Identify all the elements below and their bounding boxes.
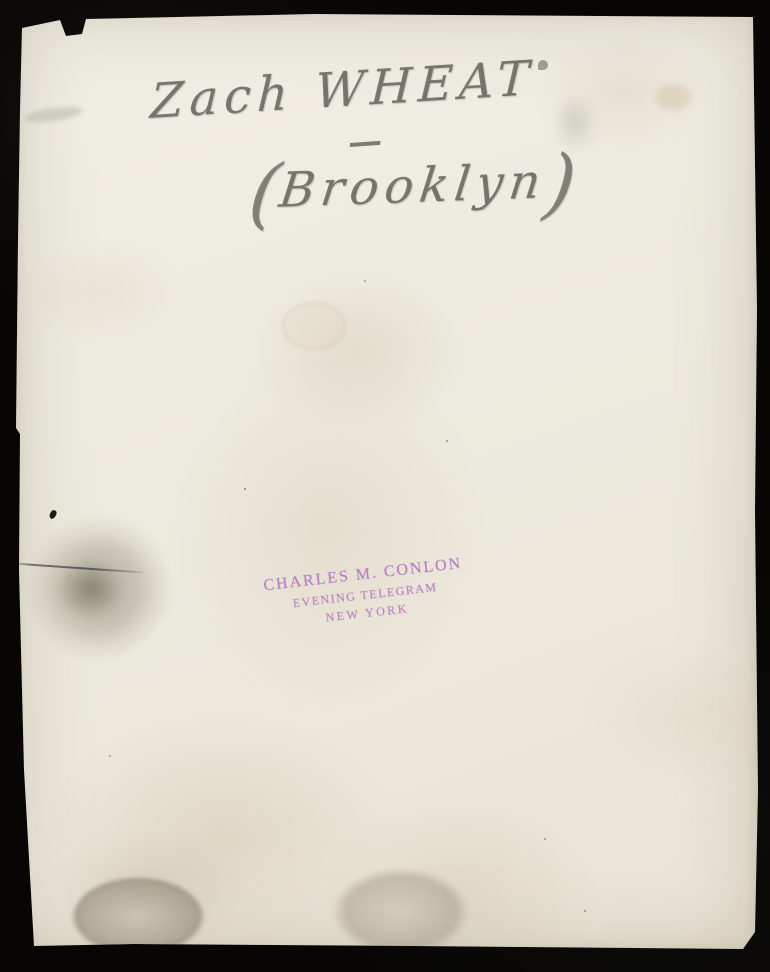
smudge-top-left [24, 104, 83, 125]
stain-left-core [48, 552, 130, 626]
handwritten-player-name: Zach WHEAT [149, 50, 536, 130]
ring-stain [282, 302, 346, 350]
stain-bottom-center [332, 868, 470, 956]
scan-backdrop: Zach WHEAT — (Brooklyn) CHARLES M. CONLO… [0, 0, 770, 972]
photo-paper-verso: Zach WHEAT — (Brooklyn) CHARLES M. CONLO… [14, 10, 758, 952]
stain-left-large [24, 515, 174, 663]
wash-bottom-left [30, 820, 260, 956]
speck-grey [538, 60, 548, 70]
photographer-stamp: CHARLES M. CONLON EVENING TELEGRAM NEW Y… [243, 553, 488, 635]
handwritten-team: (Brooklyn) [247, 152, 580, 220]
handwritten-team-name: Brooklyn [276, 153, 549, 219]
spot-brown [655, 84, 691, 110]
crack-line [9, 562, 147, 574]
handwritten-close-paren: ) [540, 137, 581, 227]
speck-black [49, 509, 58, 520]
dust-specks [244, 488, 246, 490]
handwritten-separator-dash: — [347, 121, 384, 163]
stain-bottom-left [70, 876, 206, 956]
